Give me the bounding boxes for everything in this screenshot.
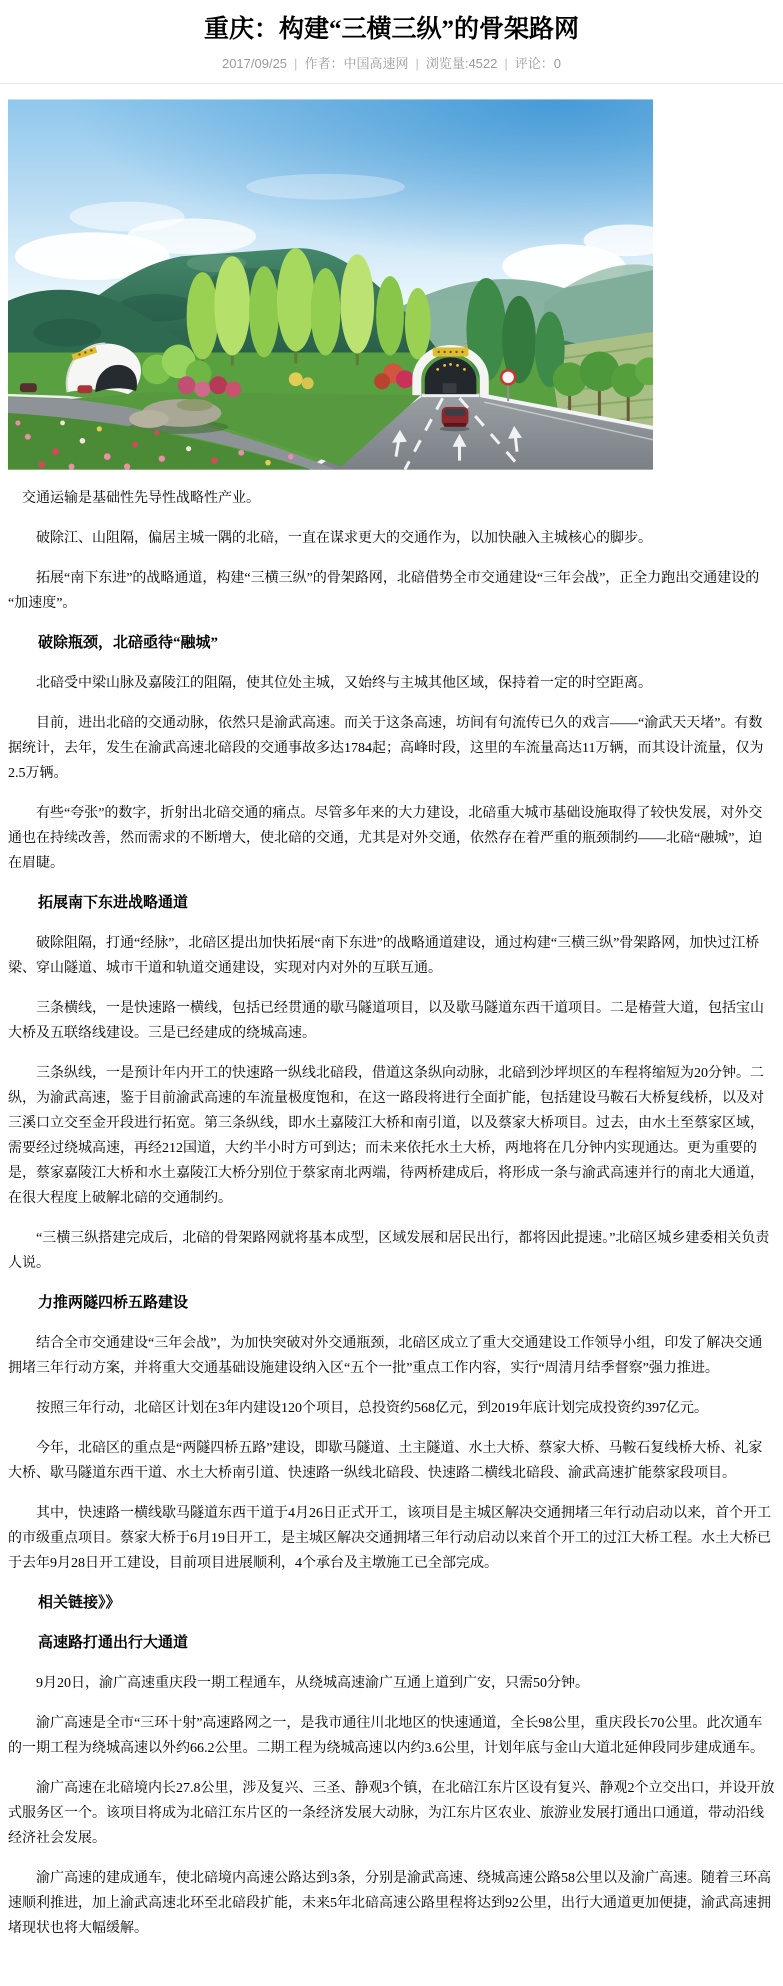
meta-separator: | <box>294 56 297 71</box>
hero-image <box>8 98 653 471</box>
meta-separator: | <box>415 56 418 71</box>
section-heading: 相关链接》》 <box>8 1591 775 1616</box>
section-heading: 高速路打通出行大通道 <box>8 1631 775 1656</box>
paragraph: 破除江、山阻隔，偏居主城一隅的北碚，一直在谋求更大的交通作为，以加快融入主城核心… <box>8 526 775 551</box>
paragraph: 交通运输是基础性先导性战略性产业。 <box>8 486 775 511</box>
paragraph: 渝广高速是全市“三环十射”高速路网之一，是我市通往川北地区的快速通道，全长98公… <box>8 1711 775 1761</box>
paragraph: 有些“夸张”的数字，折射出北碚交通的痛点。尽管多年来的大力建设，北碚重大城市基础… <box>8 801 775 876</box>
paragraph: 目前，进出北碚的交通动脉，依然只是渝武高速。而关于这条高速，坊间有句流传已久的戏… <box>8 711 775 786</box>
section-heading: 破除瓶颈，北碚亟待“融城” <box>8 631 775 656</box>
article-page: 重庆：构建“三横三纵”的骨架路网 2017/09/25|作者：中国高速网|浏览量… <box>0 0 783 1972</box>
header-divider <box>0 83 783 84</box>
paragraph: 破除阻隔，打通“经脉”，北碚区提出加快拓展“南下东进”的战略通道建设，通过构建“… <box>8 931 775 981</box>
paragraph: 三条纵线，一是预计年内开工的快速路一纵线北碚段，借道这条纵向动脉，北碚到沙坪坝区… <box>8 1061 775 1211</box>
paragraph: 其中，快速路一横线歇马隧道东西干道于4月26日正式开工，该项目是主城区解决交通拥… <box>8 1501 775 1576</box>
meta-author: 作者：中国高速网 <box>304 56 408 71</box>
paragraph: 今年，北碚区的重点是“两隧四桥五路”建设，即歇马隧道、土主隧道、水土大桥、蔡家大… <box>8 1436 775 1486</box>
meta-comments: 评论：0 <box>515 56 561 71</box>
red-car <box>440 407 470 431</box>
paragraph: “三横三纵搭建完成后，北碚的骨架路网就将基本成型，区域发展和居民出行，都将因此提… <box>8 1226 775 1276</box>
article-meta: 2017/09/25|作者：中国高速网|浏览量:4522|评论：0 <box>0 56 783 72</box>
right-tunnel <box>417 348 484 396</box>
paragraph: 结合全市交通建设“三年会战”，为加快突破对外交通瓶颈，北碚区成立了重大交通建设工… <box>8 1331 775 1381</box>
article-header: 重庆：构建“三横三纵”的骨架路网 2017/09/25|作者：中国高速网|浏览量… <box>0 0 783 72</box>
page-title: 重庆：构建“三横三纵”的骨架路网 <box>10 14 773 46</box>
paragraph: 北碚受中梁山脉及嘉陵江的阻隔，使其位处主城，又始终与主城其他区域，保持着一定的时… <box>8 671 775 696</box>
paragraph: 拓展“南下东进”的战略通道，构建“三横三纵”的骨架路网，北碚借势全市交通建设“三… <box>8 566 775 616</box>
meta-views: 浏览量:4522 <box>426 56 498 71</box>
paragraph: 9月20日，渝广高速重庆段一期工程通车，从绕城高速渝广互通上道到广安，只需50分… <box>8 1671 775 1696</box>
paragraph: 渝广高速的建成通车，使北碚境内高速公路达到3条，分别是渝武高速、绕城高速公路58… <box>8 1866 775 1941</box>
meta-separator: | <box>504 56 507 71</box>
paragraph: 渝广高速在北碚境内长27.8公里，涉及复兴、三圣、静观3个镇，在北碚江东片区设有… <box>8 1776 775 1851</box>
paragraph: 三条横线，一是快速路一横线，包括已经贯通的歇马隧道项目，以及歇马隧道东西干道项目… <box>8 996 775 1046</box>
section-heading: 拓展南下东进战略通道 <box>8 891 775 916</box>
article-body: 交通运输是基础性先导性战略性产业。破除江、山阻隔，偏居主城一隅的北碚，一直在谋求… <box>0 486 783 1972</box>
section-heading: 力推两隧四桥五路建设 <box>8 1291 775 1316</box>
paragraph: 按照三年行动，北碚区计划在3年内建设120个项目，总投资约568亿元，到2019… <box>8 1396 775 1421</box>
meta-date: 2017/09/25 <box>222 56 287 71</box>
